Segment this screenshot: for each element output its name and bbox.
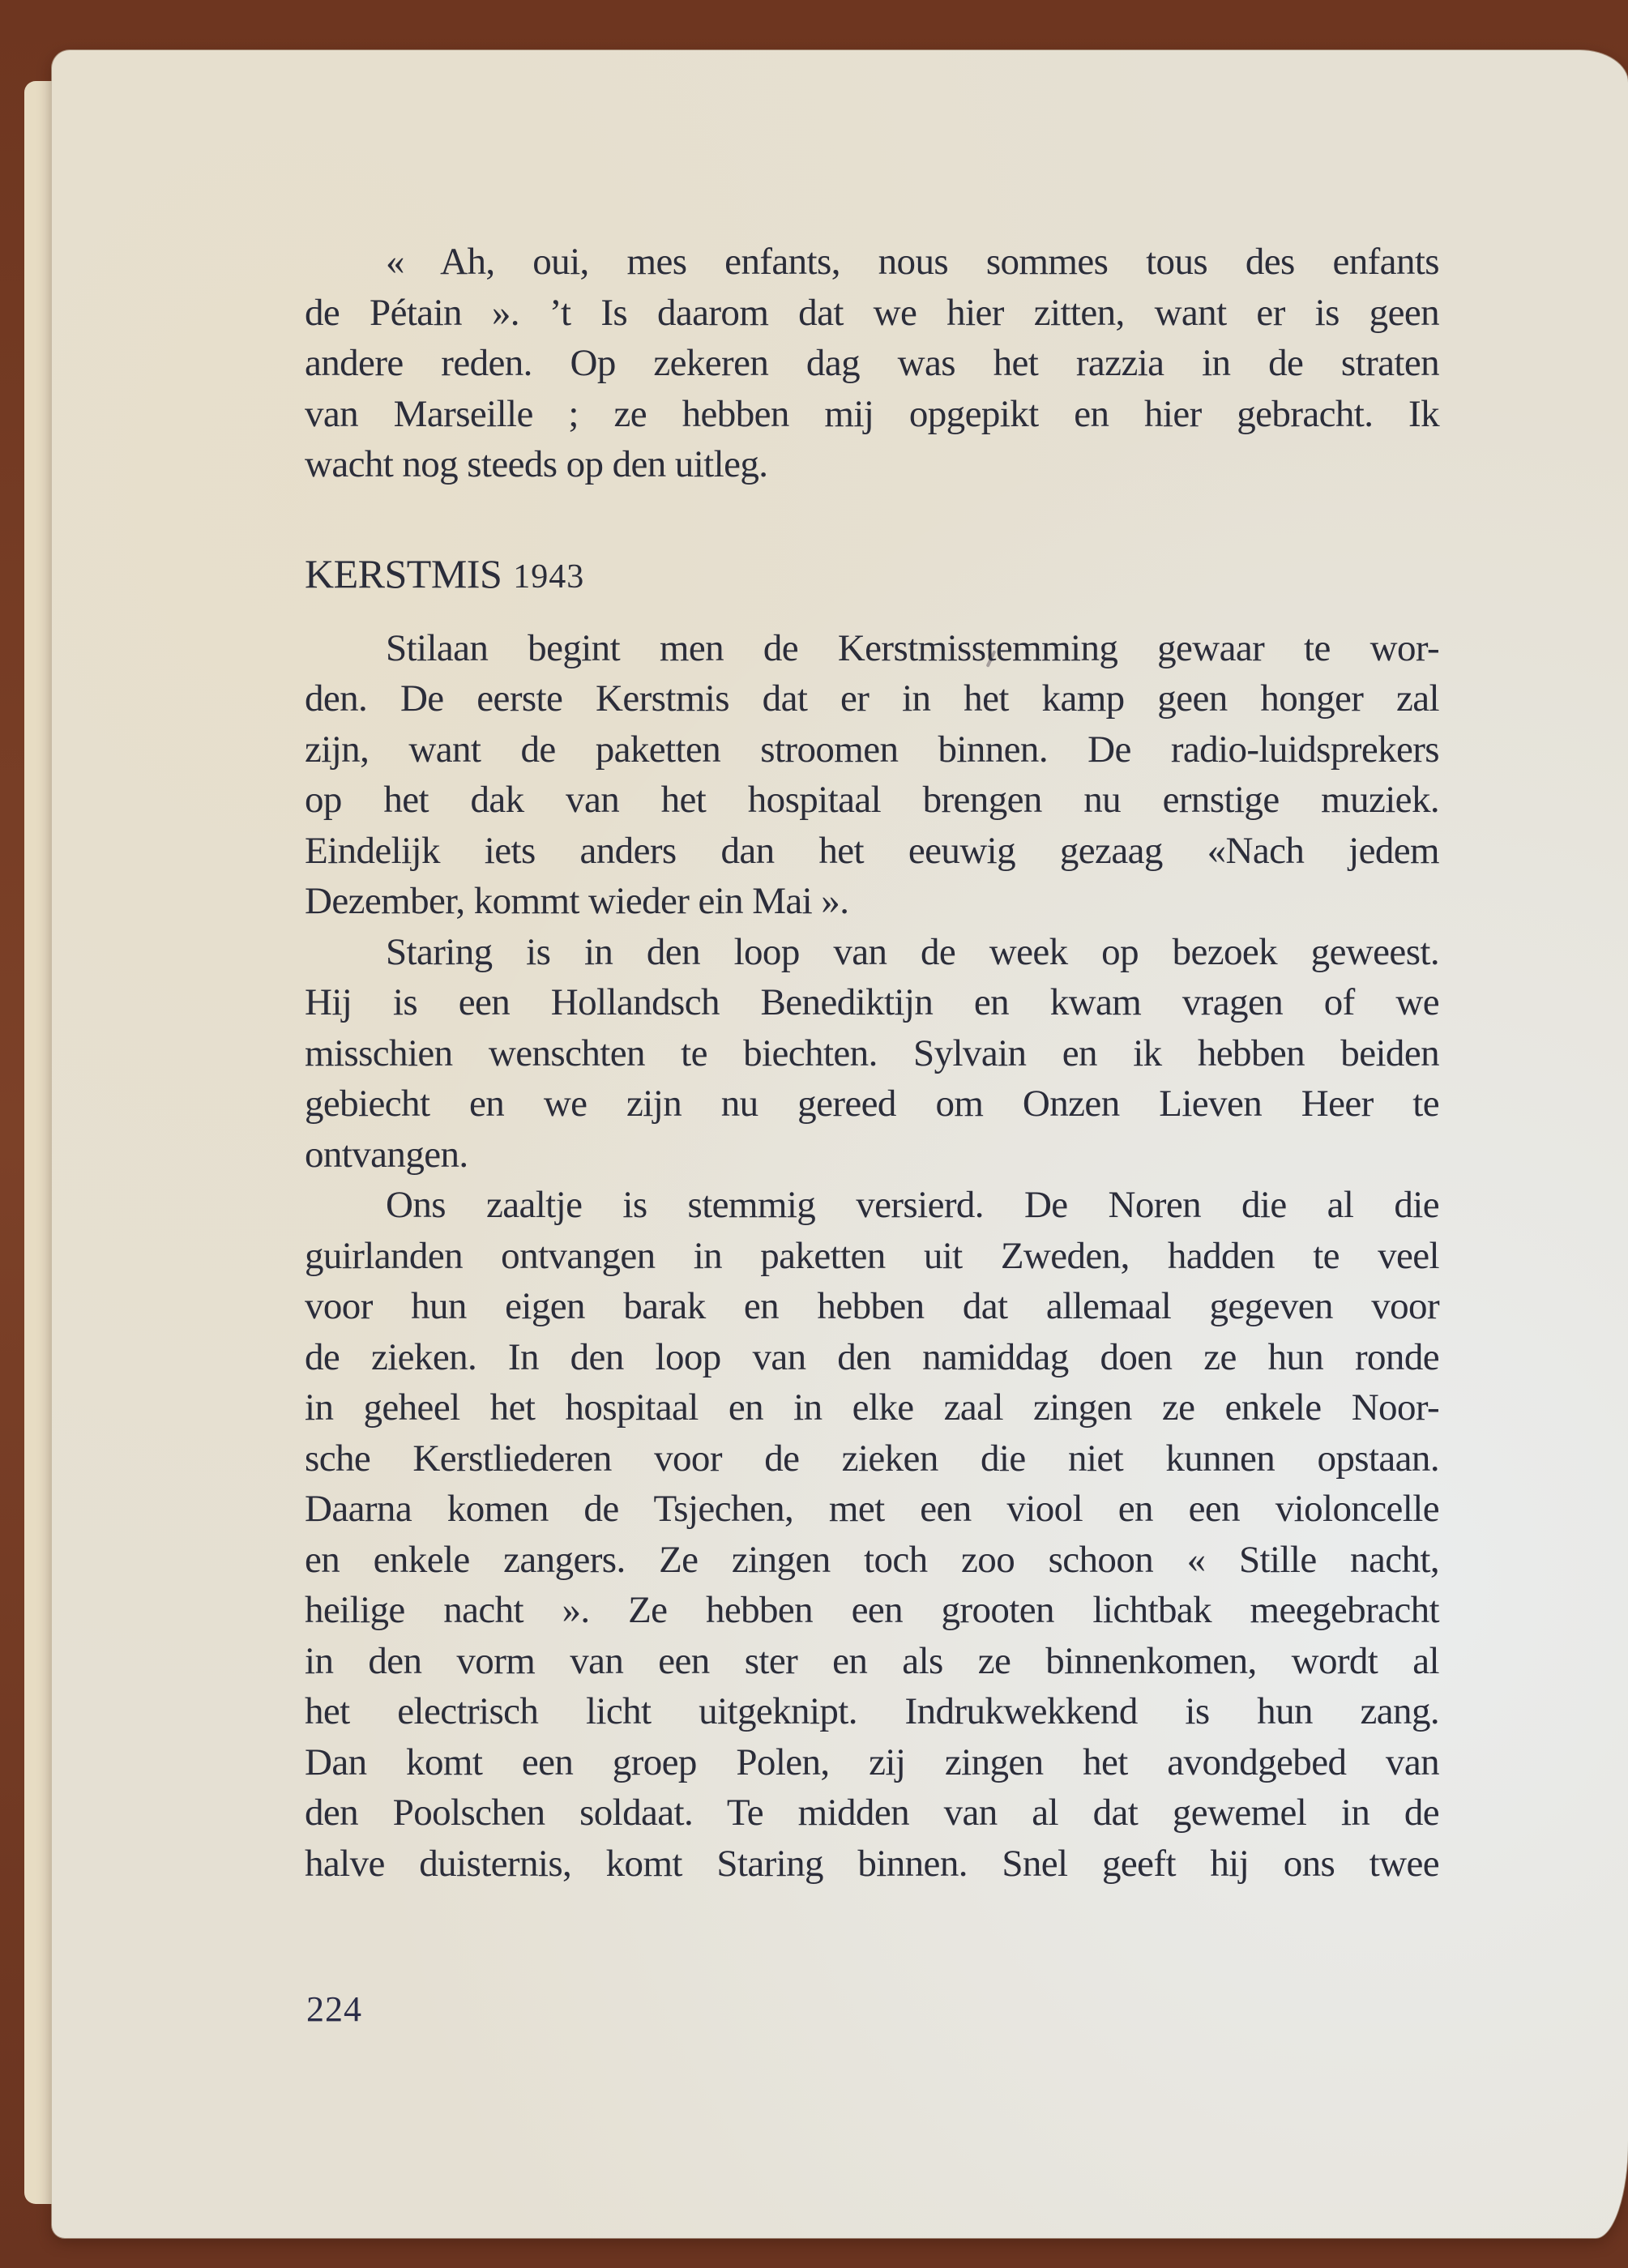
text-line: voor hun eigen barak en hebben dat allem… [305, 1281, 1439, 1332]
text-line: Stilaan begint men de Kerstmisstemming g… [305, 623, 1439, 674]
text-line: Dezember, kommt wieder ein Mai ». [305, 876, 1439, 927]
text-line: in geheel het hospitaal en in elke zaal … [305, 1382, 1439, 1433]
paragraph-decorated-ward: Ons zaaltje is stemmig versierd. De Nore… [305, 1180, 1439, 1889]
text-line: Staring is in den loop van de week op be… [305, 927, 1439, 978]
paragraph-staring-visit: Staring is in den loop van de week op be… [305, 927, 1439, 1181]
text-line: sche Kerstliederen voor de zieken die ni… [305, 1433, 1439, 1484]
text-line: « Ah, oui, mes enfants, nous sommes tous… [305, 237, 1439, 288]
page-number: 224 [306, 1988, 362, 2030]
text-line: misschien wenschten te biechten. Sylvain… [305, 1028, 1439, 1079]
paragraph-christmas-mood: Stilaan begint men de Kerstmisstemming g… [305, 623, 1439, 927]
text-line: Ons zaaltje is stemmig versierd. De Nore… [305, 1180, 1439, 1231]
opening-paragraph: « Ah, oui, mes enfants, nous sommes tous… [305, 237, 1439, 490]
text-line: de Pétain ». ’t Is daarom dat we hier zi… [305, 288, 1439, 339]
text-line: heilige nacht ». Ze hebben een grooten l… [305, 1585, 1439, 1636]
text-line: halve duisternis, komt Staring binnen. S… [305, 1839, 1439, 1890]
text-line: ontvangen. [305, 1130, 1439, 1181]
text-line: het electrisch licht uitgeknipt. Indrukw… [305, 1686, 1439, 1737]
text-line: andere reden. Op zekeren dag was het raz… [305, 338, 1439, 389]
text-line: Hij is een Hollandsch Benediktijn en kwa… [305, 977, 1439, 1028]
text-line: Eindelijk iets anders dan het eeuwig gez… [305, 826, 1439, 877]
text-line: Dan komt een groep Polen, zij zingen het… [305, 1737, 1439, 1788]
text-line: van Marseille ; ze hebben mij opgepikt e… [305, 389, 1439, 440]
text-line: guirlanden ontvangen in paketten uit Zwe… [305, 1231, 1439, 1282]
text-line: Daarna komen de Tsjechen, met een viool … [305, 1484, 1439, 1535]
text-line: den. De eerste Kerstmis dat er in het ka… [305, 673, 1439, 724]
section-heading-title: KERSTMIS [305, 551, 502, 596]
page-text-block: « Ah, oui, mes enfants, nous sommes tous… [305, 237, 1439, 1889]
text-line: in den vorm van een ster en als ze binne… [305, 1636, 1439, 1687]
text-line: zijn, want de paketten stroomen binnen. … [305, 724, 1439, 775]
text-line: de zieken. In den loop van den namiddag … [305, 1332, 1439, 1383]
text-line: gebiecht en we zijn nu gereed om Onzen L… [305, 1078, 1439, 1130]
text-line: op het dak van het hospitaal brengen nu … [305, 775, 1439, 826]
text-line: en enkele zangers. Ze zingen toch zoo sc… [305, 1535, 1439, 1586]
text-line: den Poolschen soldaat. Te midden van al … [305, 1787, 1439, 1839]
section-heading-year: 1943 [513, 558, 584, 596]
section-heading: KERSTMIS1943 [305, 549, 1439, 602]
text-line: wacht nog steeds op den uitleg. [305, 439, 1439, 490]
